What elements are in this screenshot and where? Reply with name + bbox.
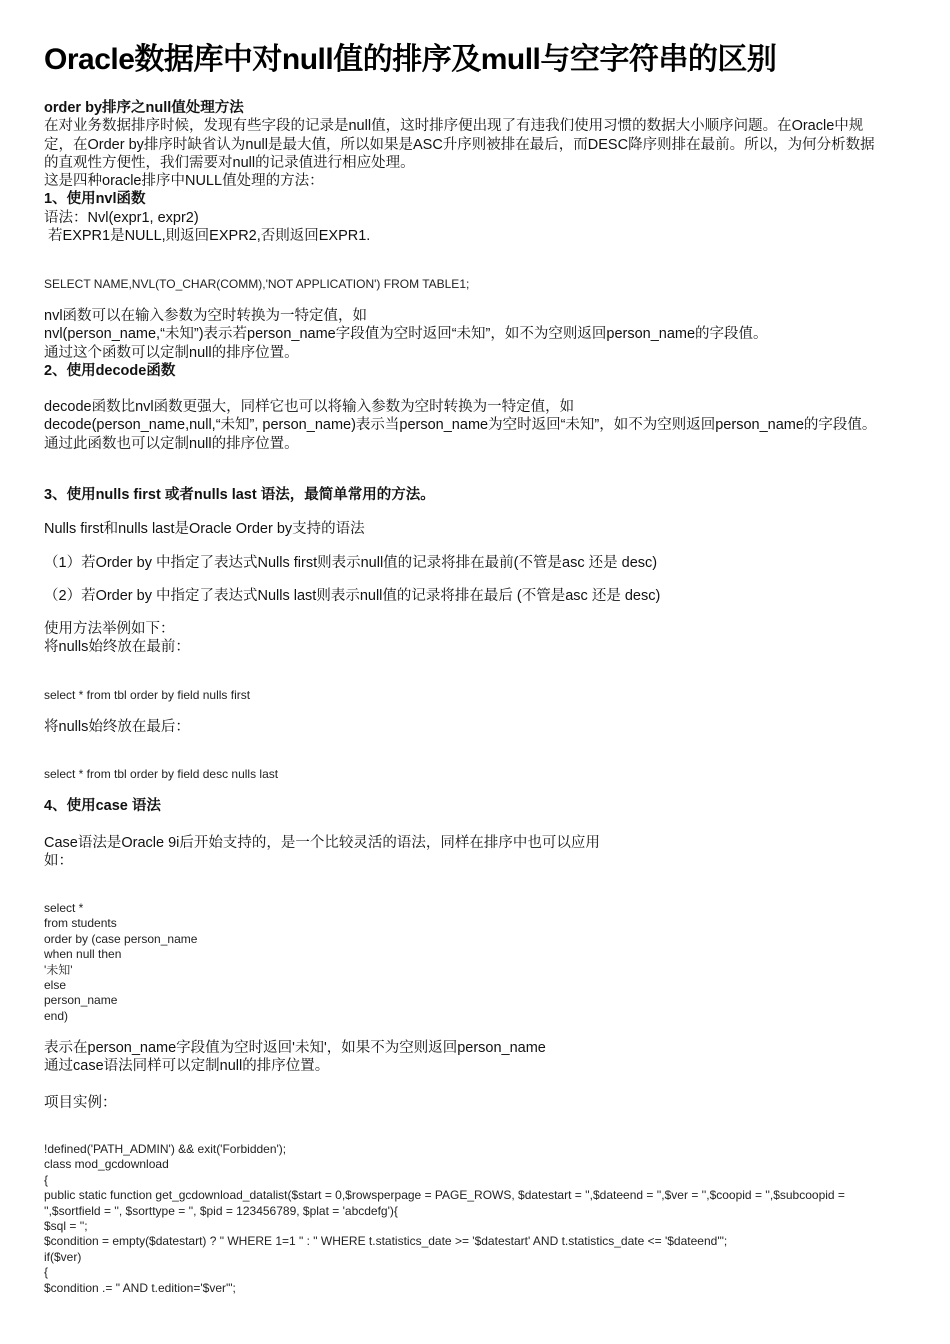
example-label: 使用方法举例如下： xyxy=(44,620,884,638)
project-label: 项目实例： xyxy=(44,1094,884,1112)
nulls-first-code: select * from tbl order by field nulls f… xyxy=(44,688,884,703)
section1-code: SELECT NAME,NVL(TO_CHAR(COMM),'NOT APPLI… xyxy=(44,277,884,292)
code-line: else xyxy=(44,978,884,993)
intro-lead: 这是四种oracle排序中NULL值处理的方法： xyxy=(44,172,884,190)
section3-item-1: （1）若Order by 中指定了表达式Nulls first则表示null值的… xyxy=(44,554,884,572)
code-line: end) xyxy=(44,1009,884,1024)
page-title: Oracle数据库中对null值的排序及mull与空字符串的区别 xyxy=(44,38,776,82)
section3-intro: Nulls first和nulls last是Oracle Order by支持… xyxy=(44,520,884,538)
section1-line: nvl(person_name,“未知”)表示若person_name字段值为空… xyxy=(44,325,884,343)
case-code-block: select * from students order by (case pe… xyxy=(44,901,884,1024)
code-line: $condition .= " AND t.edition='$ver'"; xyxy=(44,1281,884,1296)
section1-line: 通过这个函数可以定制null的排序位置。 xyxy=(44,344,884,362)
section4-desc-line: 表示在person_name字段值为空时返回'未知'，如果不为空则返回perso… xyxy=(44,1039,884,1057)
section1-line: nvl函数可以在输入参数为空时转换为一特定值，如 xyxy=(44,307,884,325)
section4-intro-line: Case语法是Oracle 9i后开始支持的，是一个比较灵活的语法，同样在排序中… xyxy=(44,834,884,852)
section1-heading: 1、使用nvl函数 xyxy=(44,190,884,208)
section1-syntax: 语法：Nvl(expr1, expr2) xyxy=(44,209,884,227)
code-line: !defined('PATH_ADMIN') && exit('Forbidde… xyxy=(44,1142,884,1157)
nulls-last-label: 将nulls始终放在最后： xyxy=(44,718,884,736)
code-line: class mod_gcdownload xyxy=(44,1157,884,1172)
section2-body: decode函数比nvl函数更强大，同样它也可以将输入参数为空时转换为一特定值，… xyxy=(44,398,884,453)
section3-heading: 3、使用nulls first 或者nulls last 语法，最简单常用的方法… xyxy=(44,486,884,504)
intro-paragraph: 在对业务数据排序时候，发现有些字段的记录是null值，这时排序便出现了有违我们使… xyxy=(44,117,884,172)
section4-desc: 表示在person_name字段值为空时返回'未知'，如果不为空则返回perso… xyxy=(44,1039,884,1076)
section2-line: 通过此函数也可以定制null的排序位置。 xyxy=(44,435,884,453)
code-line: $sql = ''; xyxy=(44,1219,884,1234)
section2-heading: 2、使用decode函数 xyxy=(44,362,884,380)
section4-intro-line: 如： xyxy=(44,852,884,870)
code-line: '未知' xyxy=(44,963,884,978)
intro-section: order by排序之null值处理方法 在对业务数据排序时候，发现有些字段的记… xyxy=(44,99,884,245)
code-line: public static function get_gcdownload_da… xyxy=(44,1188,884,1203)
section2-line: decode(person_name,null,“未知”, person_nam… xyxy=(44,416,884,434)
code-line: person_name xyxy=(44,993,884,1008)
section2-line: decode函数比nvl函数更强大，同样它也可以将输入参数为空时转换为一特定值，… xyxy=(44,398,884,416)
section3-examples: 使用方法举例如下： 将nulls始终放在最前： xyxy=(44,620,884,657)
section4-intro: Case语法是Oracle 9i后开始支持的，是一个比较灵活的语法，同样在排序中… xyxy=(44,834,884,871)
nulls-first-label: 将nulls始终放在最前： xyxy=(44,638,884,656)
code-line: when null then xyxy=(44,947,884,962)
nulls-last-code: select * from tbl order by field desc nu… xyxy=(44,767,884,782)
code-line: $condition = empty($datestart) ? " WHERE… xyxy=(44,1234,884,1249)
code-line: select * xyxy=(44,901,884,916)
code-line: '',$sortfield = '', $sorttype = '', $pid… xyxy=(44,1204,884,1219)
section1-body: nvl函数可以在输入参数为空时转换为一特定值，如 nvl(person_name… xyxy=(44,307,884,380)
code-line: order by (case person_name xyxy=(44,932,884,947)
code-line: { xyxy=(44,1265,884,1280)
code-line: if($ver) xyxy=(44,1250,884,1265)
code-line: from students xyxy=(44,916,884,931)
section4-desc-line: 通过case语法同样可以定制null的排序位置。 xyxy=(44,1057,884,1075)
intro-heading: order by排序之null值处理方法 xyxy=(44,99,884,117)
code-line: { xyxy=(44,1173,884,1188)
section1-desc: 若EXPR1是NULL,則返回EXPR2,否則返回EXPR1. xyxy=(44,227,884,245)
section4-heading: 4、使用case 语法 xyxy=(44,797,884,815)
project-code-block: !defined('PATH_ADMIN') && exit('Forbidde… xyxy=(44,1142,884,1296)
section3-item-2: （2）若Order by 中指定了表达式Nulls last则表示null值的记… xyxy=(44,587,884,605)
